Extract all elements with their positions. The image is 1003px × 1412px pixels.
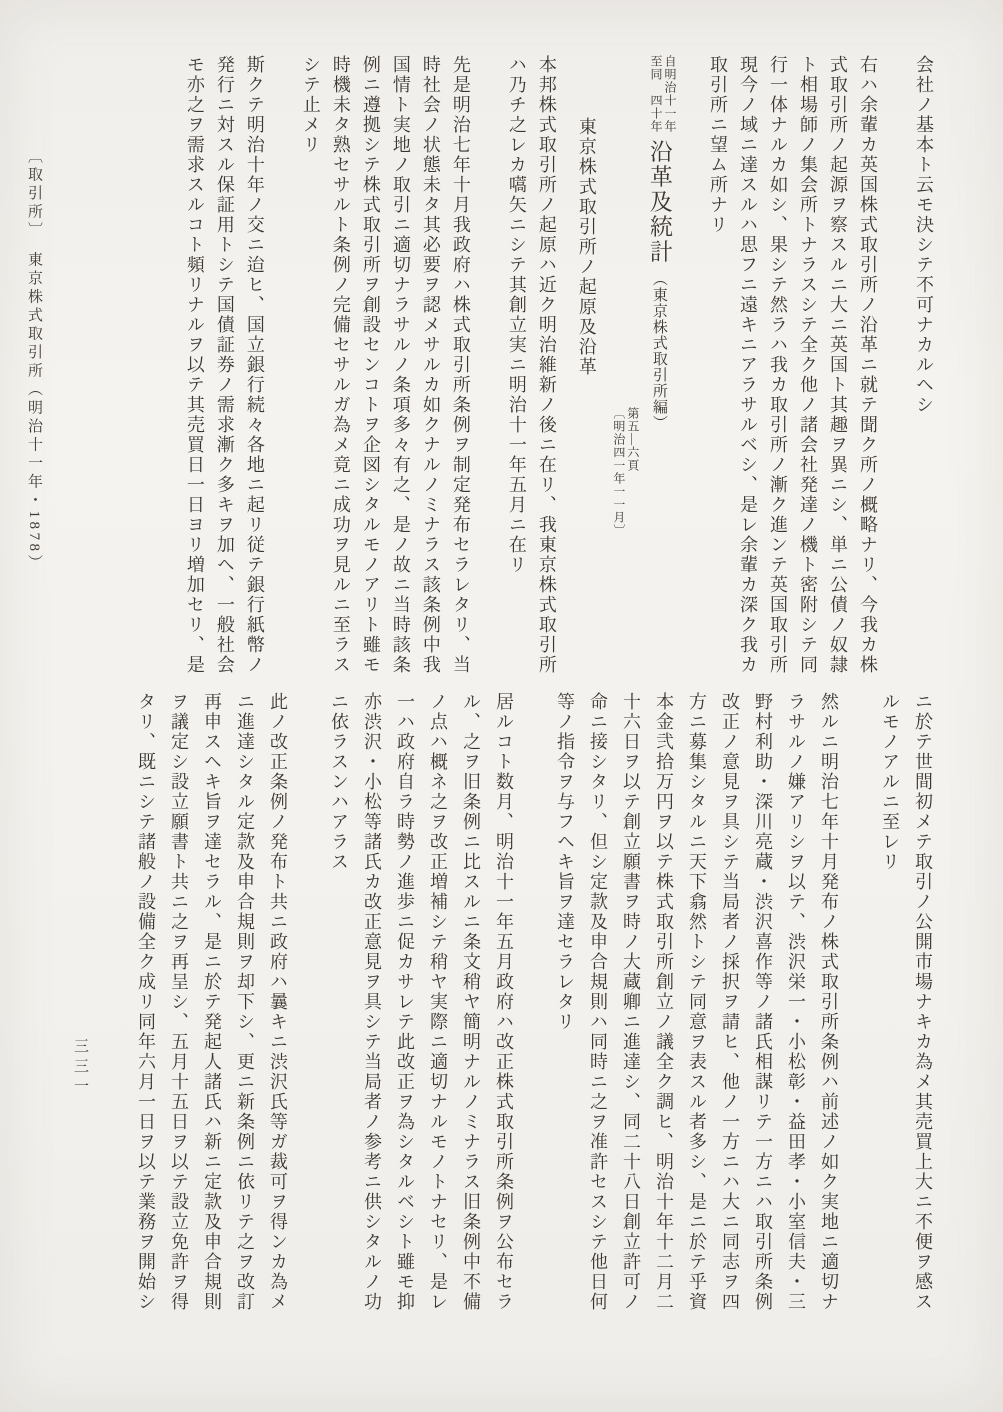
source-title-date-to: 至同 四十年 xyxy=(649,55,663,133)
source-page-reference: 第五―六頁〔明治四一年一一月〕 xyxy=(612,55,640,677)
source-title-main: 沿革及統計 xyxy=(647,140,672,265)
paragraph: 此ノ改正条例ノ発布ト共ニ政府ハ曩キニ渋沢氏等ガ裁可ヲ得ンカ為メニ進達シタル定款及… xyxy=(129,692,294,1314)
paragraph: ニ於テ世間初メテ取引ノ公開市場ナキカ為メ其売買上大ニ不便ヲ感スルモノアルニ至レリ xyxy=(873,692,939,1314)
source-title-date-from: 自明治十一年 xyxy=(663,55,677,133)
source-page-ref-pages: 第五―六頁 xyxy=(626,407,640,472)
paragraph: 本邦株式取引所ノ起原ハ近ク明治維新ノ後ニ在リ、我東京株式取引所ハ乃チ之レカ嚆矢ニ… xyxy=(502,55,562,677)
margin-running-head: 〔取引所〕 東京株式取引所（明治十一年・1878） xyxy=(24,148,45,573)
lower-text-block: ニ於テ世間初メテ取引ノ公開市場ナキカ為メ其売買上大ニ不便ヲ感スルモノアルニ至レリ… xyxy=(107,692,939,1314)
paragraph-summary: 右ハ余輩カ英国株式取引所ノ沿革ニ就テ聞ク所ノ概略ナリ、今我カ株式取引所ノ起源ヲ察… xyxy=(703,55,883,677)
paragraph: 先是明治七年十月我政府ハ株式取引所条例ヲ制定発布セラレタリ、当時社会ノ状態未タ其… xyxy=(296,55,476,677)
source-page-ref-date: 〔明治四一年一一月〕 xyxy=(612,407,626,537)
section-heading: 東京株式取引所ノ起原及沿革 xyxy=(572,55,602,677)
paragraph: 居ルコト数月、明治十一年五月政府ハ改正株式取引所条例ヲ公布セラル、之ヲ旧条例ニ比… xyxy=(322,692,520,1314)
upper-text-block: 会社ノ基本ト云モ決シテ不可ナカルヘシ 右ハ余輩カ英国株式取引所ノ沿革ニ就テ聞ク所… xyxy=(111,55,939,677)
source-title-editor: （東京株式取引所編） xyxy=(651,271,667,431)
paragraph: 斯クテ明治十年ノ交ニ迨ヒ、国立銀行続々各地ニ起リ従テ銀行紙幣ノ発行ニ対スル保証用… xyxy=(180,55,270,677)
scanned-book-page: { "page": { "background_color": "#f3f1ed… xyxy=(0,0,1003,1412)
source-title-date-range: 自明治十一年至同 四十年 xyxy=(649,55,677,133)
source-title: 自明治十一年至同 四十年 沿革及統計 （東京株式取引所編） xyxy=(644,55,677,677)
paragraph: 然ルニ明治七年十月発布ノ株式取引所条例ハ前述ノ如ク実地ニ適切ナラサルノ嫌アリシヲ… xyxy=(548,692,845,1314)
paragraph-closing: 会社ノ基本ト云モ決シテ不可ナカルヘシ xyxy=(909,55,939,677)
page-number: 三三一 xyxy=(70,1038,91,1098)
